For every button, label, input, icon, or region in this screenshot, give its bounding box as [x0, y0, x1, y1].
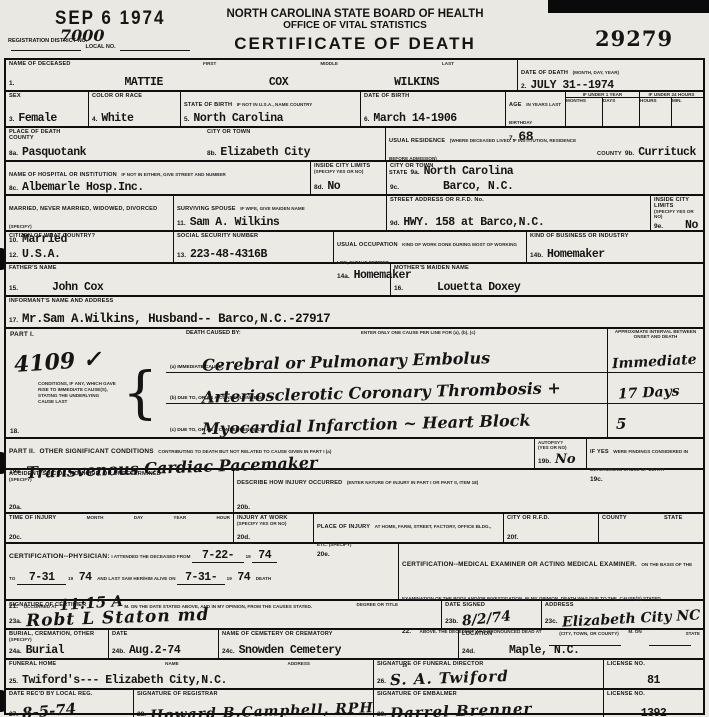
field-findings-considered: IF YES WERE FINDINGS CONSIDERED IN DETER…: [587, 439, 703, 468]
field-cemetery-location: LOCATION (CITY, TOWN, OR COUNTY) STATE 2…: [459, 630, 703, 658]
due-to-b-value: Arteriosclerotic Coronary Thrombosis +: [202, 378, 561, 406]
injury-at-work-sub: (SPECIFY YES OR NO): [237, 521, 310, 526]
interval-b-value: 17 Days: [618, 383, 680, 402]
field-injury-county: COUNTY: [599, 514, 661, 542]
registrar-value: Howard B.Campbell, RPH: [150, 700, 374, 717]
sex-value: Female: [18, 112, 56, 125]
scan-black-bar: [548, 0, 709, 13]
attended-from-year: 74: [252, 549, 277, 563]
field-date-of-death: DATE OF DEATH (MONTH, DAY, YEAR) 2. JULY…: [518, 60, 703, 90]
funeral-home-name-header: NAME: [165, 661, 179, 667]
interval-b: 17 Days: [608, 373, 703, 404]
injury-county-label: COUNTY: [602, 515, 658, 521]
field-certification-examiner: CERTIFICATION--MEDICAL EXAMINER OR ACTIN…: [399, 544, 703, 599]
industry-value: Homemaker: [547, 248, 605, 261]
deceased-name-number: 1.: [9, 80, 14, 87]
autopsy-number: 19b.: [538, 458, 551, 465]
citizenship-label: CITIZEN OF WHAT COUNTRY?: [9, 233, 170, 239]
deceased-first-name: MATTIE: [124, 76, 162, 89]
field-cemetery: NAME OF CEMETERY OR CREMATORY 24c. Snowd…: [219, 630, 459, 658]
funeral-home-number: 25.: [9, 678, 18, 685]
row-name: NAME OF DECEASED FIRST MIDDLE LAST 1. MA…: [6, 60, 703, 92]
field-father-name: FATHER'S NAME 15. John Cox: [6, 264, 391, 295]
residence-icl-number: 9e.: [654, 223, 663, 230]
ssn-label: SOCIAL SECURITY NUMBER: [177, 233, 330, 239]
citizenship-number: 12.: [9, 252, 18, 259]
describe-injury-label: DESCRIBE HOW INJURY OCCURRED: [237, 480, 342, 486]
row-registrar: DATE REC'D BY LOCAL REG. 27. 8-5-74 SIGN…: [6, 690, 703, 717]
disposition-value: Burial: [26, 644, 64, 657]
field-date-signed: DATE SIGNED 23b. 8/2/74: [442, 601, 542, 628]
field-disposition-date: DATE 24b. Aug.2-74: [109, 630, 219, 658]
describe-injury-number: 20b.: [237, 504, 250, 511]
sex-number: 3.: [9, 116, 14, 123]
cause-line-a: (a) IMMEDIATE CAUSE Cerebral or Pulmonar…: [166, 342, 607, 373]
field-embalmer-signature: SIGNATURE OF EMBALMER 29. Darrel Brenner: [374, 690, 604, 717]
deceased-last-name: WILKINS: [394, 76, 439, 89]
director-license-label: LICENSE NO.: [607, 661, 700, 667]
field-residence-county: COUNTY 9b. Currituck: [594, 128, 703, 160]
certifier-address-number: 23c.: [545, 618, 558, 625]
cert-examiner-title: CERTIFICATION--MEDICAL EXAMINER OR ACTIN…: [402, 561, 637, 568]
local-no-line: [120, 50, 190, 51]
residence-icl-value: No: [685, 219, 698, 232]
state-of-birth-number: 5.: [184, 116, 189, 123]
field-informant: INFORMANT'S NAME AND ADDRESS 17. Mr.Sam …: [6, 297, 703, 327]
usual-residence-label: USUAL RESIDENCE: [389, 138, 445, 144]
middle-header: MIDDLE: [320, 61, 338, 67]
injury-at-work-number: 20d.: [237, 534, 250, 541]
field-surviving-spouse: SURVIVING SPOUSE IF WIFE, GIVE MAIDEN NA…: [174, 196, 387, 230]
surviving-spouse-value: Sam A. Wilkins: [190, 216, 280, 229]
registration-district-block: REGISTRATION DISTRICT NO. LOCAL NO.: [8, 38, 238, 51]
part1-number: 18.: [10, 428, 19, 435]
cert-examiner-basis2: EXAMINATION OF THE BODY AND/OR INVESTIGA…: [402, 596, 661, 601]
injury-city-label: CITY OR R.F.D.: [507, 515, 595, 521]
cert-examiner-basis1: ON THE BASIS OF THE: [641, 562, 692, 567]
form-header: NORTH CAROLINA STATE BOARD OF HEALTH OFF…: [210, 8, 500, 54]
attended-from-value: 7-22-: [192, 549, 244, 563]
min-label: MIN.: [672, 98, 703, 126]
date-signed-value: 8/2/74: [461, 608, 512, 629]
field-embalmer-license: LICENSE NO. 1392: [604, 690, 703, 717]
immediate-cause-value: Cerebral or Pulmonary Embolus: [202, 348, 491, 375]
sex-label: SEX: [9, 93, 85, 99]
father-name-value: John Cox: [52, 281, 103, 294]
row-certifier-signature: SIGNATURE OF CERTIFIER DEGREE OR TITLE 2…: [6, 601, 703, 630]
death-caused-by-label: DEATH CAUSED BY:: [186, 330, 241, 336]
certificate-form: NAME OF DECEASED FIRST MIDDLE LAST 1. MA…: [4, 58, 705, 715]
field-marital-status: MARRIED, NEVER MARRIED, WIDOWED, DIVORCE…: [6, 196, 174, 230]
date-of-death-value: JULY 31--1974: [530, 79, 613, 92]
date-of-death-label: DATE OF DEATH: [521, 70, 568, 76]
mother-name-label: MOTHER'S MAIDEN NAME: [394, 265, 700, 271]
surviving-spouse-sub: IF WIFE, GIVE MAIDEN NAME: [240, 206, 305, 211]
injury-state-label: STATE: [664, 515, 700, 521]
funeral-director-label: SIGNATURE OF FUNERAL DIRECTOR: [377, 661, 600, 667]
field-under-one-year: IF UNDER 1 YEAR MONTHS DAYS: [566, 92, 640, 126]
field-street-address: STREET ADDRESS OR R.F.D. No. 9d. HWY. 15…: [387, 196, 651, 230]
first-header: FIRST: [203, 61, 216, 67]
field-residence-city: CITY OR TOWN 9c. Barco, N.C.: [387, 162, 703, 194]
field-other-conditions: PART II. OTHER SIGNIFICANT CONDITIONS CO…: [6, 439, 535, 468]
date-received-label: DATE REC'D BY LOCAL REG.: [9, 691, 130, 697]
disposition-number: 24a.: [9, 648, 22, 655]
citizenship-value: U.S.A.: [22, 248, 60, 261]
field-certifier-signature: SIGNATURE OF CERTIFIER DEGREE OR TITLE 2…: [6, 601, 442, 628]
state-of-birth-label: STATE OF BIRTH: [184, 102, 232, 108]
cemetery-value: Snowden Cemetery: [239, 644, 341, 657]
death-county-number: 8a.: [9, 150, 18, 157]
embalmer-label: SIGNATURE OF EMBALMER: [377, 691, 600, 697]
hospital-number: 8c.: [9, 185, 18, 192]
if-yes-label: IF YES: [590, 449, 609, 455]
part1-conditions-note: CONDITIONS, IF ANY, WHICH GAVE RISE TO I…: [38, 381, 116, 405]
funeral-director-value: S. A. Twiford: [390, 667, 509, 689]
disposition-date-label: DATE: [112, 631, 215, 637]
local-no-label: LOCAL NO.: [86, 44, 116, 50]
deceased-middle-name: COX: [269, 76, 288, 89]
residence-city-label: CITY OR TOWN: [390, 163, 700, 169]
field-sex: SEX 3. Female: [6, 92, 89, 126]
row-burial: BURIAL, CREMATION, OTHER (SPECIFY) 24a. …: [6, 630, 703, 660]
place-of-injury-label: PLACE OF INJURY: [317, 524, 370, 530]
mother-name-value: Louetta Doxey: [437, 281, 520, 294]
ssn-value: 223-48-4316B: [190, 248, 267, 261]
residence-icl-sub: (SPECIFY YES OR NO): [654, 209, 700, 219]
row-accident: ACCIDENT, SUICIDE, HOMICIDE, OR UNDETERM…: [6, 470, 703, 514]
field-deceased-name: NAME OF DECEASED FIRST MIDDLE LAST 1. MA…: [6, 60, 518, 90]
death-city-label: CITY OR TOWN: [207, 129, 382, 135]
residence-city-value: Barco, N.C.: [443, 180, 513, 193]
date-of-birth-value: March 14-1906: [373, 112, 456, 125]
death-county-label: COUNTY: [9, 135, 201, 141]
field-certification-physician: CERTIFICATION--PHYSICIAN: I ATTENDED THE…: [6, 544, 399, 599]
informant-value: Mr.Sam A.Wilkins, Husband-- Barco,N.C.-2…: [22, 312, 330, 326]
cause-line-b: (b) DUE TO, OR AS A CONSEQUENCE OF Arter…: [166, 373, 607, 404]
row-hospital: NAME OF HOSPITAL OR INSTITUTION IF NOT I…: [6, 162, 703, 196]
row-vitals: SEX 3. Female COLOR OR RACE 4. White STA…: [6, 92, 703, 128]
last-saw-alive-value: 7-31-: [177, 571, 225, 585]
field-disposition: BURIAL, CREMATION, OTHER (SPECIFY) 24a. …: [6, 630, 109, 658]
director-license-value: 81: [647, 674, 660, 687]
section-part2: PART II. OTHER SIGNIFICANT CONDITIONS CO…: [6, 439, 703, 470]
date-of-death-number: 2.: [521, 83, 526, 90]
industry-number: 14b.: [530, 252, 543, 259]
row-place-of-death: PLACE OF DEATH COUNTY 8a. Pasquotank CIT…: [6, 128, 703, 162]
disposition-sub: (SPECIFY): [9, 637, 105, 642]
embalmer-license-label: LICENSE NO.: [607, 691, 700, 697]
age-label: AGE: [509, 102, 522, 108]
attended-to-year: 74: [75, 571, 96, 584]
field-age: AGE IN YEARS LAST BIRTHDAY 7. 68: [506, 92, 566, 126]
date-of-death-sub: (MONTH, DAY, YEAR): [573, 70, 619, 75]
funeral-home-address-header: ADDRESS: [288, 661, 310, 667]
location-state-header: STATE: [686, 631, 700, 637]
surviving-spouse-label: SURVIVING SPOUSE: [177, 206, 236, 212]
due-to-c-value: Myocardial Infarction ~ Heart Block: [202, 411, 531, 439]
cert-physician-title: CERTIFICATION--PHYSICIAN:: [9, 553, 110, 560]
field-registrar-signature: SIGNATURE OF REGISTRAR 28. Howard B.Camp…: [134, 690, 374, 717]
funeral-director-number: 26.: [377, 678, 386, 685]
street-address-label: STREET ADDRESS OR R.F.D. No.: [390, 197, 647, 203]
field-ssn: SOCIAL SECURITY NUMBER 13. 223-48-4316B: [174, 232, 334, 262]
other-conditions-label: OTHER SIGNIFICANT CONDITIONS: [40, 448, 154, 455]
marital-status-sub: (SPECIFY): [9, 224, 32, 229]
informant-number: 17.: [9, 317, 18, 324]
field-death-city: CITY OR TOWN 8b. Elizabeth City: [204, 128, 386, 160]
field-director-license: LICENSE NO. 81: [604, 660, 703, 688]
field-how-injury-occurred: DESCRIBE HOW INJURY OCCURRED (ENTER NATU…: [234, 470, 703, 512]
interval-label: APPROXIMATE INTERVAL BETWEEN ONSET AND D…: [608, 329, 703, 342]
field-funeral-director-signature: SIGNATURE OF FUNERAL DIRECTOR 26. S. A. …: [374, 660, 604, 688]
part1-code-value: 4109 ✓: [13, 346, 102, 378]
months-label: MONTHS: [566, 98, 603, 126]
field-industry: KIND OF BUSINESS OR INDUSTRY 14b. Homema…: [527, 232, 703, 262]
date-of-birth-number: 6.: [364, 116, 369, 123]
certifier-address-value: Elizabeth City NC: [561, 607, 700, 630]
certifier-signature-number: 23a.: [9, 618, 22, 625]
funeral-home-label: FUNERAL HOME: [9, 661, 56, 667]
residence-county-label: COUNTY: [597, 151, 622, 157]
date-signed-label: DATE SIGNED: [445, 602, 538, 608]
injury-city-number: 20f.: [507, 534, 518, 541]
residence-city-number: 9c.: [390, 184, 399, 191]
field-certifier-address: ADDRESS 23c. Elizabeth City NC: [542, 601, 703, 628]
accident-number: 20a.: [9, 504, 22, 511]
autopsy-value: No: [555, 452, 576, 467]
registration-district-line: [11, 50, 81, 51]
field-autopsy: AUTOPSY? (YES OR NO) 19b. No: [535, 439, 587, 468]
field-date-received: DATE REC'D BY LOCAL REG. 27. 8-5-74: [6, 690, 134, 717]
embalmer-number: 29.: [377, 711, 386, 717]
part1-left-column: PART I. 4109 ✓ CONDITIONS, IF ANY, WHICH…: [6, 329, 166, 437]
form-title: CERTIFICATE OF DEATH: [210, 34, 500, 54]
field-residence-state: USUAL RESIDENCE (WHERE DECEASED LIVED. I…: [386, 128, 594, 160]
registrar-number: 28.: [137, 711, 146, 717]
accident-sub: (SPECIFY): [9, 477, 230, 482]
father-name-number: 15.: [9, 285, 18, 292]
location-number: 24d.: [462, 648, 475, 655]
date-received-number: 27.: [9, 711, 18, 717]
ssn-number: 13.: [177, 252, 186, 259]
location-label: LOCATION: [462, 631, 492, 637]
mother-name-number: 16.: [394, 285, 403, 292]
father-name-label: FATHER'S NAME: [9, 265, 387, 271]
field-citizenship: CITIZEN OF WHAT COUNTRY? 12. U.S.A.: [6, 232, 174, 262]
part1-label: PART I.: [10, 331, 34, 338]
hours-label: HOURS: [640, 98, 672, 126]
preprinted-19-c: 19: [227, 576, 232, 581]
field-mother-name: MOTHER'S MAIDEN NAME 16. Louetta Doxey: [391, 264, 703, 295]
preprinted-19-b: 19: [68, 576, 73, 581]
field-funeral-home: FUNERAL HOME NAME ADDRESS 25. Twiford's-…: [6, 660, 374, 688]
field-race: COLOR OR RACE 4. White: [89, 92, 181, 126]
funeral-home-value: Twiford's--- Elizabeth City,N.C.: [22, 674, 227, 687]
street-address-number: 9d.: [390, 220, 399, 227]
last-header: LAST: [442, 61, 454, 67]
date-signed-number: 23b.: [445, 618, 458, 625]
field-injury-state: STATE: [661, 514, 703, 542]
field-place-of-injury: PLACE OF INJURY AT HOME, FARM, STREET, F…: [314, 514, 504, 542]
field-injury-at-work: INJURY AT WORK (SPECIFY YES OR NO) 20d.: [234, 514, 314, 542]
part1-brace: {: [122, 361, 158, 426]
day-header: DAY: [134, 515, 143, 521]
certificate-number: 29279: [595, 26, 673, 51]
surviving-spouse-number: 11.: [177, 220, 186, 227]
part2-label: PART II.: [9, 448, 35, 455]
date-received-value: 8-5-74: [21, 700, 77, 717]
residence-icl-label: INSIDE CITY LIMITS: [654, 197, 700, 209]
month-header: MONTH: [87, 515, 104, 521]
field-date-of-birth: DATE OF BIRTH 6. March 14-1906: [361, 92, 506, 126]
inside-city-limits-sub: (SPECIFY YES OR NO): [314, 169, 383, 174]
interval-a: Immediate: [608, 342, 703, 373]
row-informant: INFORMANT'S NAME AND ADDRESS 17. Mr.Sam …: [6, 297, 703, 329]
field-state-of-birth: STATE OF BIRTH IF NOT IN U.S.A., NAME CO…: [181, 92, 361, 126]
location-sub: (CITY, TOWN, OR COUNTY): [559, 631, 619, 637]
informant-label: INFORMANT'S NAME AND ADDRESS: [9, 298, 700, 304]
occupation-label: USUAL OCCUPATION: [337, 242, 398, 248]
date-of-birth-label: DATE OF BIRTH: [364, 93, 502, 99]
field-occupation: USUAL OCCUPATION KIND OF WORK DONE DURIN…: [334, 232, 527, 262]
interval-a-value: Immediate: [612, 352, 697, 372]
hospital-sub: IF NOT IN EITHER, GIVE STREET AND NUMBER: [121, 172, 225, 177]
race-number: 4.: [92, 116, 97, 123]
time-of-injury-number: 20c.: [9, 534, 22, 541]
race-label: COLOR OR RACE: [92, 93, 177, 99]
attended-to-value: 7-31: [17, 571, 67, 585]
death-county-value: Pasquotank: [22, 146, 86, 159]
certifier-address-label: ADDRESS: [545, 602, 700, 608]
row-marital: MARRIED, NEVER MARRIED, WIDOWED, DIVORCE…: [6, 196, 703, 232]
death-city-value: Elizabeth City: [220, 146, 310, 159]
part1-cause-column: DEATH CAUSED BY: ENTER ONLY ONE CAUSE PE…: [166, 329, 607, 437]
part1-interval-column: APPROXIMATE INTERVAL BETWEEN ONSET AND D…: [607, 329, 703, 437]
residence-county-value: Currituck: [638, 146, 696, 159]
row-funeral-home: FUNERAL HOME NAME ADDRESS 25. Twiford's-…: [6, 660, 703, 690]
registration-district-value: 7000: [60, 26, 105, 45]
cause-line-c: (c) DUE TO, OR AS A CONSEQUENCE OF Myoca…: [166, 404, 607, 435]
last-saw-alive-year: 74: [233, 571, 254, 584]
section-part1: PART I. 4109 ✓ CONDITIONS, IF ANY, WHICH…: [6, 329, 703, 439]
industry-label: KIND OF BUSINESS OR INDUSTRY: [530, 233, 700, 239]
row-certification: CERTIFICATION--PHYSICIAN: I ATTENDED THE…: [6, 544, 703, 601]
row-time-of-injury: TIME OF INJURY MONTH DAY YEAR HOUR 20c. …: [6, 514, 703, 544]
field-hospital: NAME OF HOSPITAL OR INSTITUTION IF NOT I…: [6, 162, 311, 194]
field-accident-type: ACCIDENT, SUICIDE, HOMICIDE, OR UNDETERM…: [6, 470, 234, 512]
hospital-label: NAME OF HOSPITAL OR INSTITUTION: [9, 172, 117, 178]
row-parents: FATHER'S NAME 15. John Cox MOTHER'S MAID…: [6, 264, 703, 297]
days-label: DAYS: [603, 98, 639, 126]
location-value: Maple, N.C.: [509, 644, 579, 657]
embalmer-license-value: 1392: [641, 707, 667, 717]
disposition-date-number: 24b.: [112, 648, 125, 655]
office-name: OFFICE OF VITAL STATISTICS: [210, 20, 500, 31]
street-address-value: HWY. 158 at Barco,N.C.: [403, 216, 544, 229]
marital-status-label: MARRIED, NEVER MARRIED, WIDOWED, DIVORCE…: [9, 206, 157, 212]
preprinted-19-a: 19: [246, 554, 251, 559]
state-of-birth-value: North Carolina: [193, 112, 283, 125]
embalmer-value: Darrel Brenner: [390, 700, 533, 717]
attended-from-label: I ATTENDED THE DECEASED FROM: [111, 554, 190, 559]
last-saw-alive-label: AND LAST SAW HER/HIM ALIVE ON: [97, 576, 175, 581]
row-citizen: CITIZEN OF WHAT COUNTRY? 12. U.S.A. SOCI…: [6, 232, 703, 264]
describe-injury-sub: (ENTER NATURE OF INJURY IN PART I OR PAR…: [347, 480, 478, 485]
cemetery-label: NAME OF CEMETERY OR CREMATORY: [222, 631, 455, 637]
death-certificate-page: SEP 6 1974 REGISTRATION DISTRICT NO. LOC…: [0, 0, 709, 717]
death-word: DEATH: [256, 576, 271, 581]
inside-city-limits-number: 8d.: [314, 184, 323, 191]
deceased-name-label: NAME OF DECEASED: [9, 61, 99, 67]
inside-city-limits-value: No: [327, 180, 340, 193]
interval-c: 5: [608, 404, 703, 435]
autopsy-sub: (YES OR NO): [538, 445, 583, 450]
field-death-inside-city-limits: INSIDE CITY LIMITS (SPECIFY YES OR NO) 8…: [311, 162, 387, 194]
certifier-signature-value: Robt L Staton md: [25, 605, 209, 631]
field-time-of-injury: TIME OF INJURY MONTH DAY YEAR HOUR 20c.: [6, 514, 234, 542]
hour-header: HOUR: [216, 515, 230, 521]
field-residence-inside-city-limits: INSIDE CITY LIMITS (SPECIFY YES OR NO) 9…: [651, 196, 703, 230]
cemetery-number: 24c.: [222, 648, 235, 655]
board-name: NORTH CAROLINA STATE BOARD OF HEALTH: [210, 8, 500, 20]
interval-c-value: 5: [616, 415, 626, 433]
residence-county-number: 9b.: [625, 150, 634, 157]
field-death-county: PLACE OF DEATH COUNTY 8a. Pasquotank: [6, 128, 204, 160]
disposition-date-value: Aug.2-74: [129, 644, 180, 657]
year-header: YEAR: [173, 515, 186, 521]
time-of-injury-label: TIME OF INJURY: [9, 515, 56, 521]
hospital-value: Albemarle Hosp.Inc.: [22, 181, 144, 194]
to-label: TO: [9, 576, 15, 581]
field-injury-city: CITY OR R.F.D. 20f.: [504, 514, 599, 542]
death-city-number: 8b.: [207, 150, 216, 157]
registrar-label: SIGNATURE OF REGISTRAR: [137, 691, 370, 697]
state-of-birth-sub: IF NOT IN U.S.A., NAME COUNTRY: [237, 102, 313, 107]
race-value: White: [101, 112, 133, 125]
field-under-24-hours: IF UNDER 24 HOURS HOURS MIN.: [640, 92, 703, 126]
enter-one-cause-note: ENTER ONLY ONE CAUSE PER LINE FOR (a), (…: [361, 330, 476, 335]
